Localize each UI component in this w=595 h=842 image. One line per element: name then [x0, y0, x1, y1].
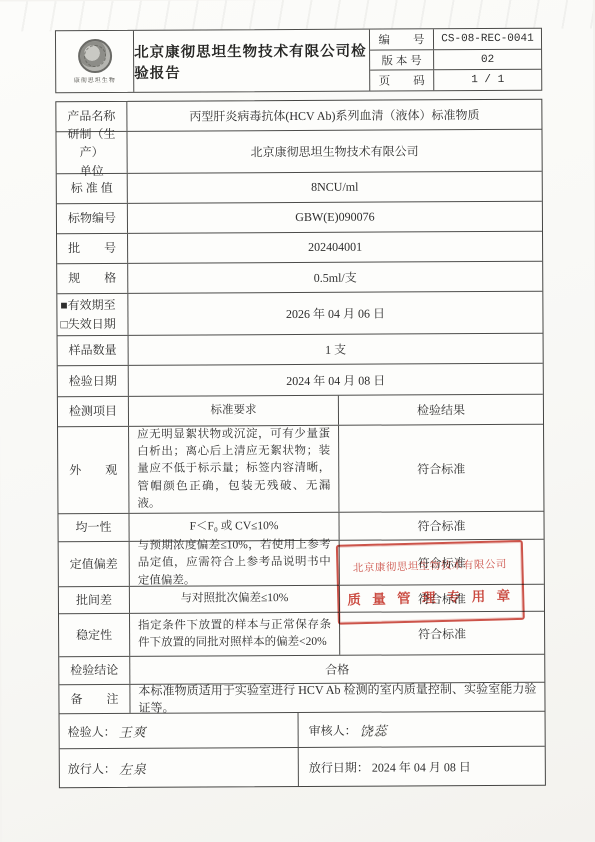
meta-value: 02: [434, 49, 541, 69]
spec-item: 稳定性: [59, 614, 130, 656]
row-value: 北京康彻思坦生物技术有限公司: [127, 130, 541, 173]
inspection-table: 产品名称 丙型肝炎病毒抗体(HCV Ab)系列血清（液体）标准物质 研制（生产）…: [55, 99, 546, 789]
spec-row-assigned-value-deviation: 定值偏差 与预期浓度偏差≤10%，若使用上参考品定值，应需符合上参考品说明书中定…: [59, 540, 544, 588]
row-value: 202404001: [128, 232, 542, 263]
spec-header-result: 检验结果: [339, 395, 543, 425]
meta-label: 版 本 号: [370, 50, 434, 70]
label-line-1: 研制（生产）: [59, 125, 123, 163]
reviewer-cell: 审核人： 饶蕊: [299, 712, 545, 747]
spec-requirement: 与预期浓度偏差≤10%，若使用上参考品定值，应需符合上参考品说明书中定值偏差。: [130, 541, 340, 586]
inspector-cell: 检验人： 王爽: [60, 713, 299, 748]
checkbox-checked-expiry: ■有效期至: [60, 296, 115, 315]
row-label: 备 注: [59, 685, 130, 713]
scan-artifact: [0, 0, 593, 32]
checkbox-unchecked-invalid: □失效日期: [60, 314, 115, 333]
table-row-expiry-date: ■有效期至 □失效日期 2026 年 04 月 06 日: [57, 292, 542, 337]
logo-caption: 康彻思坦生物: [74, 75, 116, 84]
table-row-inspection-date: 检验日期 2024 年 04 月 08 日: [58, 364, 543, 398]
signature-row-2: 放行人： 左泉 放行日期： 2024 年 04 月 08 日: [60, 747, 545, 788]
remark-value: 本标准物质适用于实验室进行 HCV Ab 检测的室内质量控制、实验室能力验证等。: [130, 683, 544, 713]
table-row-product-name: 产品名称 丙型肝炎病毒抗体(HCV Ab)系列血清（液体）标准物质: [56, 100, 541, 133]
row-value: 丙型肝炎病毒抗体(HCV Ab)系列血清（液体）标准物质: [127, 100, 541, 131]
spec-row-appearance: 外 观 应无明显絮状物或沉淀，可有少量蛋白析出；离心后上清应无絮状物；装量应不低…: [58, 425, 543, 515]
meta-label: 页 码: [370, 71, 434, 91]
row-value: 0.5ml/支: [128, 262, 542, 293]
row-label: 批 号: [57, 234, 128, 263]
spec-item: 外 观: [58, 427, 129, 513]
table-row-batch-number: 批 号 202404001: [57, 232, 542, 265]
release-date-value: 2024 年 04 月 08 日: [372, 758, 471, 776]
meta-value: 1 / 1: [434, 70, 541, 90]
row-label: 标 准 值: [57, 174, 128, 203]
company-logo-icon: [77, 39, 111, 73]
inspector-signature: 王爽: [118, 721, 146, 741]
release-date-label: 放行日期：: [309, 758, 369, 775]
row-label: 检验日期: [58, 366, 129, 396]
table-row-manufacturer: 研制（生产） 单位 北京康彻思坦生物技术有限公司: [56, 130, 541, 175]
spec-header-requirement: 标准要求: [129, 396, 339, 426]
row-label: ■有效期至 □失效日期: [57, 294, 128, 335]
report-title: 北京康彻思坦生物技术有限公司检验报告: [134, 30, 369, 92]
spec-result: 符合标准: [340, 585, 544, 612]
meta-value: CS-08-REC-0041: [434, 29, 541, 49]
scanned-report-page: 康彻思坦生物 北京康彻思坦生物技术有限公司检验报告 编 号 CS-08-REC-…: [0, 0, 595, 842]
spec-result: 符合标准: [340, 612, 544, 655]
spec-result: 符合标准: [339, 425, 543, 512]
spec-item: 均一性: [58, 514, 129, 541]
row-label: 研制（生产） 单位: [56, 132, 127, 173]
spec-row-batch-difference: 批间差 与对照批次偏差≤10% 符合标准: [59, 585, 544, 615]
meta-row-number: 编 号 CS-08-REC-0041: [370, 29, 541, 51]
report-meta-table: 编 号 CS-08-REC-0041 版 本 号 02 页 码 1 / 1: [369, 29, 541, 91]
meta-label: 编 号: [370, 29, 434, 49]
row-label: 标物编号: [57, 204, 128, 233]
spec-header-item: 检测项目: [58, 397, 129, 426]
spec-result: 符合标准: [339, 512, 543, 540]
row-label: 检验结论: [59, 657, 130, 684]
spec-row-stability: 稳定性 指定条件下放置的样本与正常保存条件下放置的同批对照样本的偏差<20% 符…: [59, 612, 544, 658]
report-header: 康彻思坦生物 北京康彻思坦生物技术有限公司检验报告 编 号 CS-08-REC-…: [55, 28, 542, 94]
spec-item: 批间差: [59, 587, 130, 613]
reviewer-label: 审核人：: [309, 721, 357, 738]
company-logo-cell: 康彻思坦生物: [56, 31, 134, 92]
spec-item: 定值偏差: [59, 542, 130, 586]
releaser-cell: 放行人： 左泉: [60, 748, 299, 787]
inspector-label: 检验人：: [68, 722, 116, 739]
row-value: 2026 年 04 月 06 日: [128, 292, 542, 335]
meta-row-page: 页 码 1 / 1: [370, 70, 541, 91]
row-value: 2024 年 04 月 08 日: [129, 364, 543, 396]
spec-header-row: 检测项目 标准要求 检验结果: [58, 395, 543, 428]
row-value: 8NCU/ml: [128, 172, 542, 203]
table-row-remark: 备 注 本标准物质适用于实验室进行 HCV Ab 检测的室内质量控制、实验室能力…: [59, 683, 544, 715]
meta-row-version: 版 本 号 02: [370, 49, 541, 71]
table-row-sample-quantity: 样品数量 1 支: [58, 334, 543, 367]
row-label: 样品数量: [58, 336, 129, 365]
table-row-standard-value: 标 准 值 8NCU/ml: [57, 172, 542, 205]
table-row-specification: 规 格 0.5ml/支: [57, 262, 542, 295]
spec-requirement: 应无明显絮状物或沉淀，可有少量蛋白析出；离心后上清应无絮状物；装量应不低于标示量…: [129, 426, 339, 513]
row-value: GBW(E)090076: [128, 202, 542, 233]
signature-row-1: 检验人： 王爽 审核人： 饶蕊: [60, 712, 545, 750]
releaser-signature: 左泉: [119, 758, 147, 778]
row-value: 1 支: [129, 334, 543, 365]
spec-result: 符合标准: [340, 540, 544, 585]
release-date-cell: 放行日期： 2024 年 04 月 08 日: [299, 747, 545, 786]
row-label: 规 格: [57, 264, 128, 293]
spec-requirement: 与对照批次偏差≤10%: [130, 586, 340, 613]
releaser-label: 放行人：: [68, 759, 116, 776]
spec-requirement: 指定条件下放置的样本与正常保存条件下放置的同批对照样本的偏差<20%: [130, 613, 340, 656]
table-row-reference-code: 标物编号 GBW(E)090076: [57, 202, 542, 235]
reviewer-signature: 饶蕊: [359, 720, 387, 740]
